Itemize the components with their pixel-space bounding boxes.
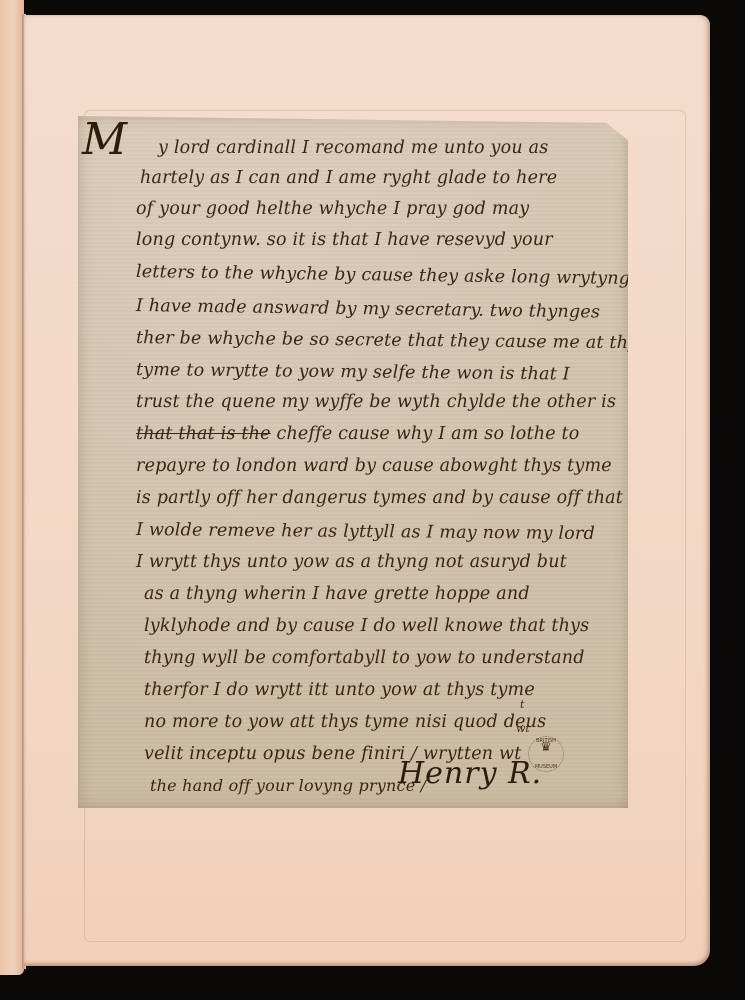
letter-line: y lord cardinall I recomand me unto you … [158,138,548,158]
letter-line: lyklyhode and by cause I do well knowe t… [144,616,589,636]
decorated-initial: M [82,118,127,162]
royal-signature: Henry R. [398,756,542,791]
letter-line: I have made answard by my secretary. two… [136,296,600,322]
letter-line: that that is the cheffe cause why I am s… [136,424,580,444]
letter-line: as a thyng wherin I have grette hoppe an… [144,584,530,604]
handwritten-letter: M y lord cardinall I recomand me unto yo… [78,116,628,808]
letter-line: I wolde remeve her as lyttyll as I may n… [136,520,595,544]
letter-line: thyng wyll be comfortabyll to yow to und… [144,648,585,668]
letter-line: no more to yow att thys tyme nisi quod d… [144,712,546,732]
letter-line: repayre to london ward by cause abowght … [136,456,612,476]
interlinear-note: wt [516,722,530,735]
letter-line: therfor I do wrytt itt unto yow at thys … [144,680,535,700]
struck-through-text: that that is the [136,424,271,444]
manuscript-facsimile-plate: M y lord cardinall I recomand me unto yo… [78,116,628,808]
letter-line: is partly off her dangerus tymes and by … [136,488,623,508]
letter-line: long contynw. so it is that I have resev… [136,230,553,250]
letter-line: of your good helthe whyche I pray god ma… [136,199,529,219]
interlinear-note: t [520,698,524,711]
letter-line: hartely as I can and I ame ryght glade t… [140,168,557,188]
letter-line: ther be whyche be so secrete that they c… [136,328,648,353]
letter-line: trust the quene my wyffe be wyth chylde … [136,392,616,412]
facing-page-edge [0,0,24,975]
stamp-top-text: BRITISH [529,738,563,744]
letter-line: tyme to wrytte to yow my selfe the won i… [136,360,570,385]
letter-line: I wrytt thys unto yow as a thyng not asu… [136,552,567,572]
letter-line: the hand off your lovyng prynce / [150,776,426,795]
letter-line-remainder: cheffe cause why I am so lothe to [276,424,579,444]
letter-line: letters to the whyche by cause they aske… [136,262,630,289]
